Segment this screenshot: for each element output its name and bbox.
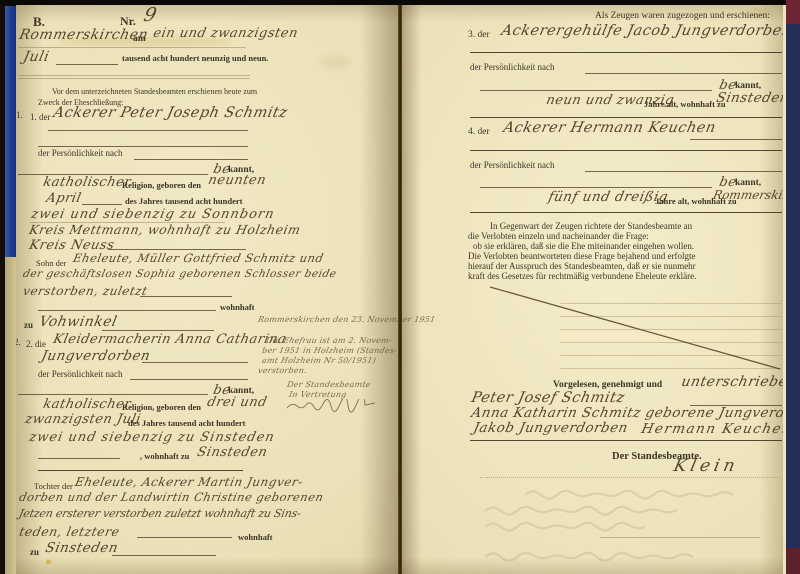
declaration-line-6: kraft des Gesetzes für rechtmäßig verbun…	[468, 272, 696, 281]
bleed-through-writing	[465, 485, 795, 571]
groom-religion-label: Religion, geboren den	[122, 181, 201, 190]
bride-zu-label: zu	[30, 548, 39, 557]
witness3-name: Ackerergehülfe Jacob Jungverdorben	[500, 24, 793, 39]
margin-note-deputy-label: In Vertretung	[288, 391, 347, 399]
margin-note-line3: amt Holzheim Nr 50/1951)	[261, 357, 376, 365]
groom-birth-day: neunten	[207, 174, 267, 187]
form-rule	[470, 440, 782, 441]
witness4-name: Ackerer Hermann Keuchen	[502, 121, 717, 136]
bride-parents-line1: Eheleute, Ackerer Martin Jungver-	[74, 476, 304, 488]
record-number-label: Nr.	[120, 15, 136, 27]
intro-line-1: Vor dem unterzeichneten Standesbeamten e…	[52, 88, 257, 96]
bride-birth-day: drei und	[206, 396, 268, 409]
bride-religion-label: Religion, geboren den	[122, 403, 201, 412]
form-rule	[130, 379, 248, 380]
book-gutter	[398, 0, 402, 574]
groom-birth-month: April	[45, 192, 83, 205]
margin-note-registrar-label: Der Standesbeamte	[286, 381, 371, 389]
groom-religion: katholischer	[42, 176, 132, 189]
bride-birth-year: zwei und siebenzig zu Sinsteden	[28, 431, 276, 444]
groom-year-label: des Jahres tausend acht hundert	[125, 197, 242, 206]
declaration-line-4: Die Verlobten beantworteten diese Frage …	[468, 252, 696, 261]
groom-identity-label: der Persönlichkeit nach	[38, 149, 122, 158]
margin-note-line2: ber 1951 in Holzheim (Standes-	[261, 347, 397, 355]
form-rule	[140, 296, 232, 297]
form-rule	[38, 458, 120, 459]
form-rule	[18, 394, 208, 395]
form-rule	[48, 130, 248, 131]
yellow-speck	[46, 560, 51, 564]
declaration-line-3: ob sie erklären, daß sie die Ehe miteina…	[473, 242, 694, 251]
form-rule	[137, 537, 232, 538]
form-rule	[108, 249, 246, 250]
bride-wohnhaft-label: wohnhaft	[238, 533, 272, 542]
bride-birth-day2: zwanzigsten Juli	[24, 413, 142, 426]
blue-bookmark-strip	[5, 6, 16, 257]
margin-note-line4: verstorben.	[257, 367, 307, 375]
form-rule	[470, 117, 782, 118]
bride-parents-line4: teden, letztere	[18, 526, 121, 539]
witness4-age: fünf und dreißig	[547, 191, 669, 205]
book-right-binding	[786, 0, 800, 574]
form-rule	[585, 73, 782, 74]
signature-witness3: Jakob Jungverdorben	[472, 422, 629, 436]
witness3-age-label: Jahre alt, wohnhaft zu	[644, 100, 726, 109]
groom-parents-line1: Eheleute, Müller Gottfried Schmitz und	[72, 253, 325, 265]
binding-corner-bottom	[786, 548, 800, 574]
form-rule	[470, 52, 782, 53]
form-rule	[480, 90, 712, 91]
am-label: am	[133, 35, 146, 45]
bride-parents-line3: Jetzen ersterer verstorben zuletzt wohnh…	[18, 508, 302, 519]
bride-parents-line2: dorben und der Landwirtin Christine gebo…	[18, 492, 325, 504]
registration-day: ein und zwanzigsten	[152, 27, 299, 40]
witness3-residence: Sinsteden	[715, 92, 790, 106]
form-rule	[134, 159, 248, 160]
form-rule	[38, 470, 243, 471]
groom-birth-place: Kreis Mettmann, wohnhaft zu Holzheim	[28, 224, 302, 237]
groom-lead: 1. der	[30, 113, 51, 122]
form-rule	[38, 310, 216, 311]
bride-identity-label: der Persönlichkeit nach	[38, 370, 122, 379]
bride-year-label: des Jahres tausend acht hundert	[128, 419, 245, 428]
book-top-edge	[0, 0, 800, 5]
form-rule	[38, 146, 248, 147]
form-rule	[102, 330, 214, 331]
bride-religion: katholischer	[42, 398, 132, 411]
form-rule	[142, 362, 248, 363]
form-rule	[690, 139, 782, 140]
groom-parents-line3: verstorben, zuletzt	[22, 285, 149, 297]
declaration-line-1: In Gegenwart der Zeugen richtete der Sta…	[490, 222, 692, 231]
form-rule	[480, 477, 780, 478]
bleed-through-rule	[600, 537, 760, 538]
witnesses-heading: Als Zeugen waren zugezogen und erschiene…	[595, 12, 770, 22]
form-rule	[470, 212, 782, 213]
registration-place: Rommerskirchen	[18, 28, 149, 42]
margin-note-dateline: Rommerskirchen den 23. November 1951	[257, 316, 436, 324]
signature-witness4: Hermann Keuchen	[640, 423, 793, 437]
signature-bride: Anna Katharin Schmitz geborene Jungverdo…	[470, 407, 800, 421]
bride-parents-residence: Sinsteden	[44, 542, 119, 556]
groom-zu-label: zu	[24, 321, 33, 330]
foxing-spot	[320, 55, 350, 69]
groom-son-of-label: Sohn der	[36, 259, 66, 268]
page-edge-stack	[5, 257, 16, 574]
registry-book-page-spread: B. Nr. 9 Rommerskirchen am ein und zwanz…	[0, 0, 800, 574]
separator-rule	[18, 75, 250, 76]
form-rule	[585, 171, 782, 172]
registrar-signature: Klein	[672, 458, 740, 475]
registration-year: tausend acht hundert neunzig und neun.	[122, 54, 268, 63]
margin-note-signature-scribble	[285, 399, 377, 413]
bride-name-line2: Jungverdorben	[40, 350, 151, 364]
bride-name-line1: Kleidermacherin Anna Catharina	[52, 333, 288, 346]
groom-name: Ackerer Peter Joseph Schmitz	[52, 106, 289, 121]
declaration-line-2: die Verlobten einzeln und nacheinander d…	[468, 232, 649, 241]
registration-month: Juli	[22, 50, 51, 64]
declaration-line-5: hierauf der Ausspruch des Standesbeamten…	[468, 262, 696, 271]
form-rule	[56, 64, 118, 65]
groom-birth-year: zwei und siebenzig zu Sonnborn	[30, 208, 276, 221]
groom-parents-line2: der geschäftslosen Sophia geborenen Schl…	[22, 269, 337, 280]
witness4-identity-label: der Persönlichkeit nach	[470, 161, 554, 170]
groom-margin-index: 1.	[16, 111, 23, 120]
groom-wohnhaft-label: wohnhaft	[220, 303, 254, 312]
groom-parents-residence: Vohwinkel	[38, 315, 118, 329]
form-rule	[18, 47, 246, 48]
form-rule	[480, 187, 712, 188]
witness3-identity-label: der Persönlichkeit nach	[470, 63, 554, 72]
signature-groom: Peter Josef Schmitz	[470, 391, 626, 406]
witness3-lead: 3. der	[468, 31, 490, 41]
separator-rule	[18, 78, 250, 79]
binding-corner-top	[786, 0, 800, 24]
margin-note-line1: Die Ehefrau ist am 2. Novem-	[265, 337, 392, 345]
bride-residence: Sinsteden	[196, 446, 269, 459]
witness4-lead: 4. der	[468, 128, 490, 138]
form-rule	[112, 555, 216, 556]
closing-hw: unterschrieben	[680, 375, 798, 389]
bride-residence-label: , wohnhaft zu	[140, 452, 189, 461]
diagonal-cancel-stroke	[400, 275, 800, 375]
form-rule	[470, 150, 782, 151]
form-rule	[82, 204, 122, 205]
